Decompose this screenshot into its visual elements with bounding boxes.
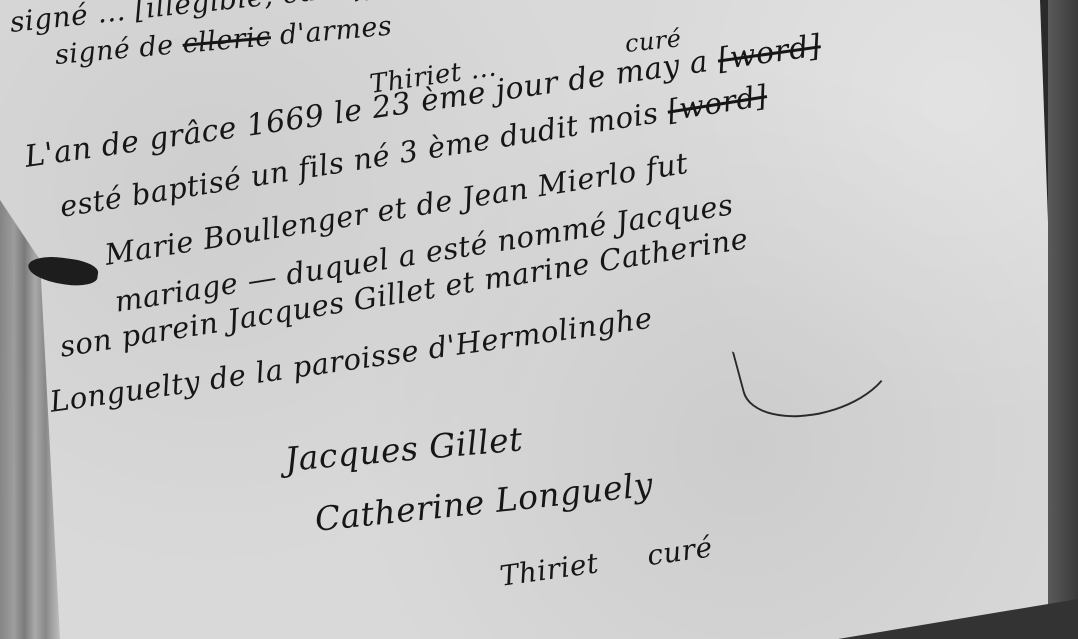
signature-catherine-longuely: Catherine Longuely — [313, 465, 655, 539]
signature-jacques-gillet: Jacques Gillet — [283, 419, 524, 479]
struck-word: [word] — [665, 78, 769, 127]
line-2-after: d'armes — [269, 11, 393, 52]
signature-title: curé — [645, 530, 715, 572]
line-2-text: signé de — [54, 29, 184, 71]
signature-thiriet: Thiriet curé — [498, 530, 715, 593]
signature-flourish — [732, 312, 902, 433]
struck-word: [word] — [715, 28, 823, 77]
signature-name: Thiriet — [498, 546, 601, 593]
struck-word: clleric — [181, 21, 272, 60]
book-binding — [0, 0, 70, 639]
register-page: signé ... [illegible, cut off] signé de … — [0, 0, 1062, 639]
page-edge-shadow — [1048, 0, 1078, 639]
